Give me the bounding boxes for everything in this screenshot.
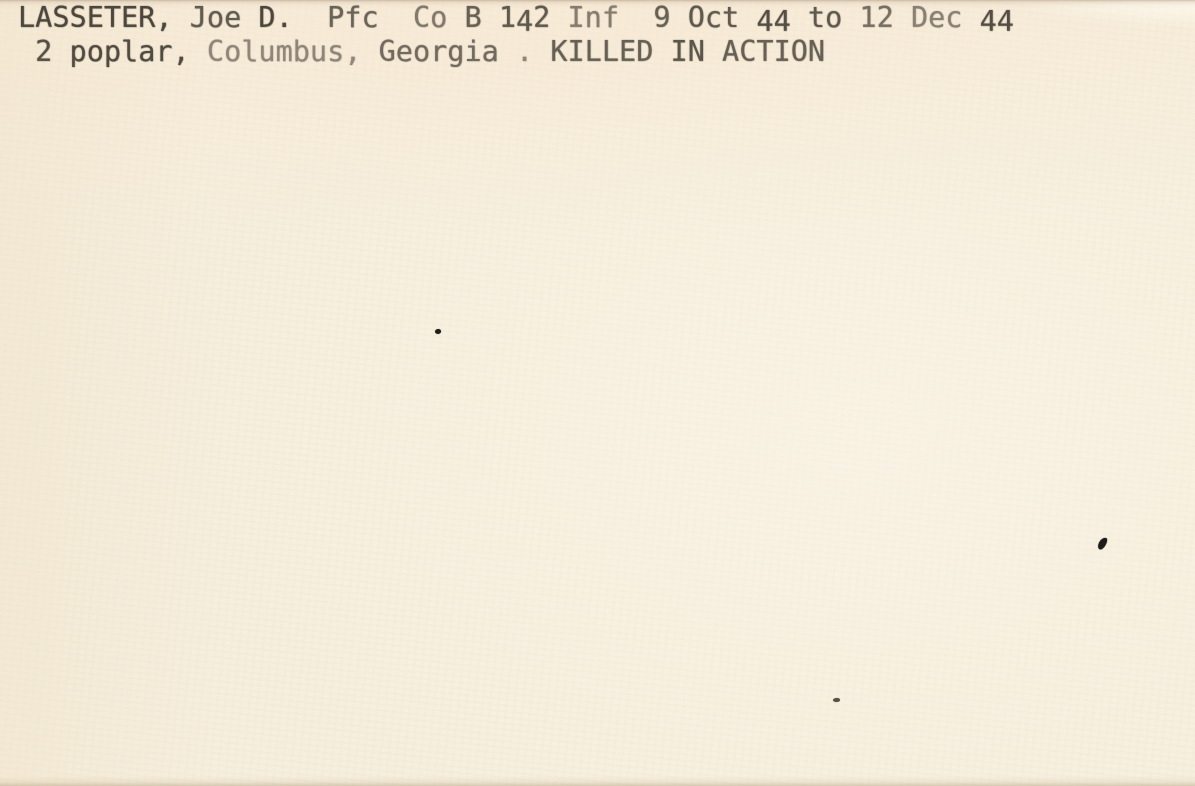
typewritten-line-1: LASSETER, Joe D. Pfc Co B 142 Inf 9 Oct … [18,1,1014,35]
typewritten-segment: Georgia [361,35,498,68]
ink-mark-comma [1097,536,1109,551]
typewritten-segment: KILLED [533,35,653,68]
typewritten-segment: . [499,35,533,68]
typewritten-segment: 142 [482,1,551,34]
typewritten-segment: B [447,1,481,34]
index-card: LASSETER, Joe D. Pfc Co B 142 Inf 9 Oct … [0,0,1195,786]
typewritten-segment: 12 [842,1,894,34]
typewritten-segment: 9 [619,1,671,34]
typewritten-segment: to [791,1,843,34]
typewritten-segment: Pfc [293,1,379,34]
typewritten-segment: IN [653,35,705,68]
typewritten-segment: Inf [550,1,619,34]
typewritten-text-block: LASSETER, Joe D. Pfc Co B 142 Inf 9 Oct … [18,1,1014,69]
ink-speck [435,329,441,334]
typewritten-segment: Oct [671,1,740,34]
typewritten-line-2: 2 poplar, Columbus, Georgia . KILLED IN … [18,35,1014,69]
typewritten-segment: 44 [739,1,791,34]
typewritten-segment: Columbus, [190,35,362,68]
typewritten-segment: poplar, [52,35,189,68]
typewritten-segment: D. [241,1,293,34]
dropped-four-glyph: 4 [997,5,1014,38]
typewritten-segment: 2 [18,35,52,68]
dropped-four-glyph: 4 [774,5,791,38]
typewritten-segment: LASSETER, [18,1,173,34]
typewritten-segment: Joe [173,1,242,34]
dropped-four-glyph: 4 [516,5,533,38]
typewritten-segment: ACTION [705,35,825,68]
typewritten-segment: Co [379,1,448,34]
dropped-four-glyph: 4 [756,5,773,38]
ink-speck-small [833,698,840,702]
typewritten-segment: 44 [962,1,1014,34]
typewritten-segment: Dec [894,1,963,34]
dropped-four-glyph: 4 [980,5,997,38]
